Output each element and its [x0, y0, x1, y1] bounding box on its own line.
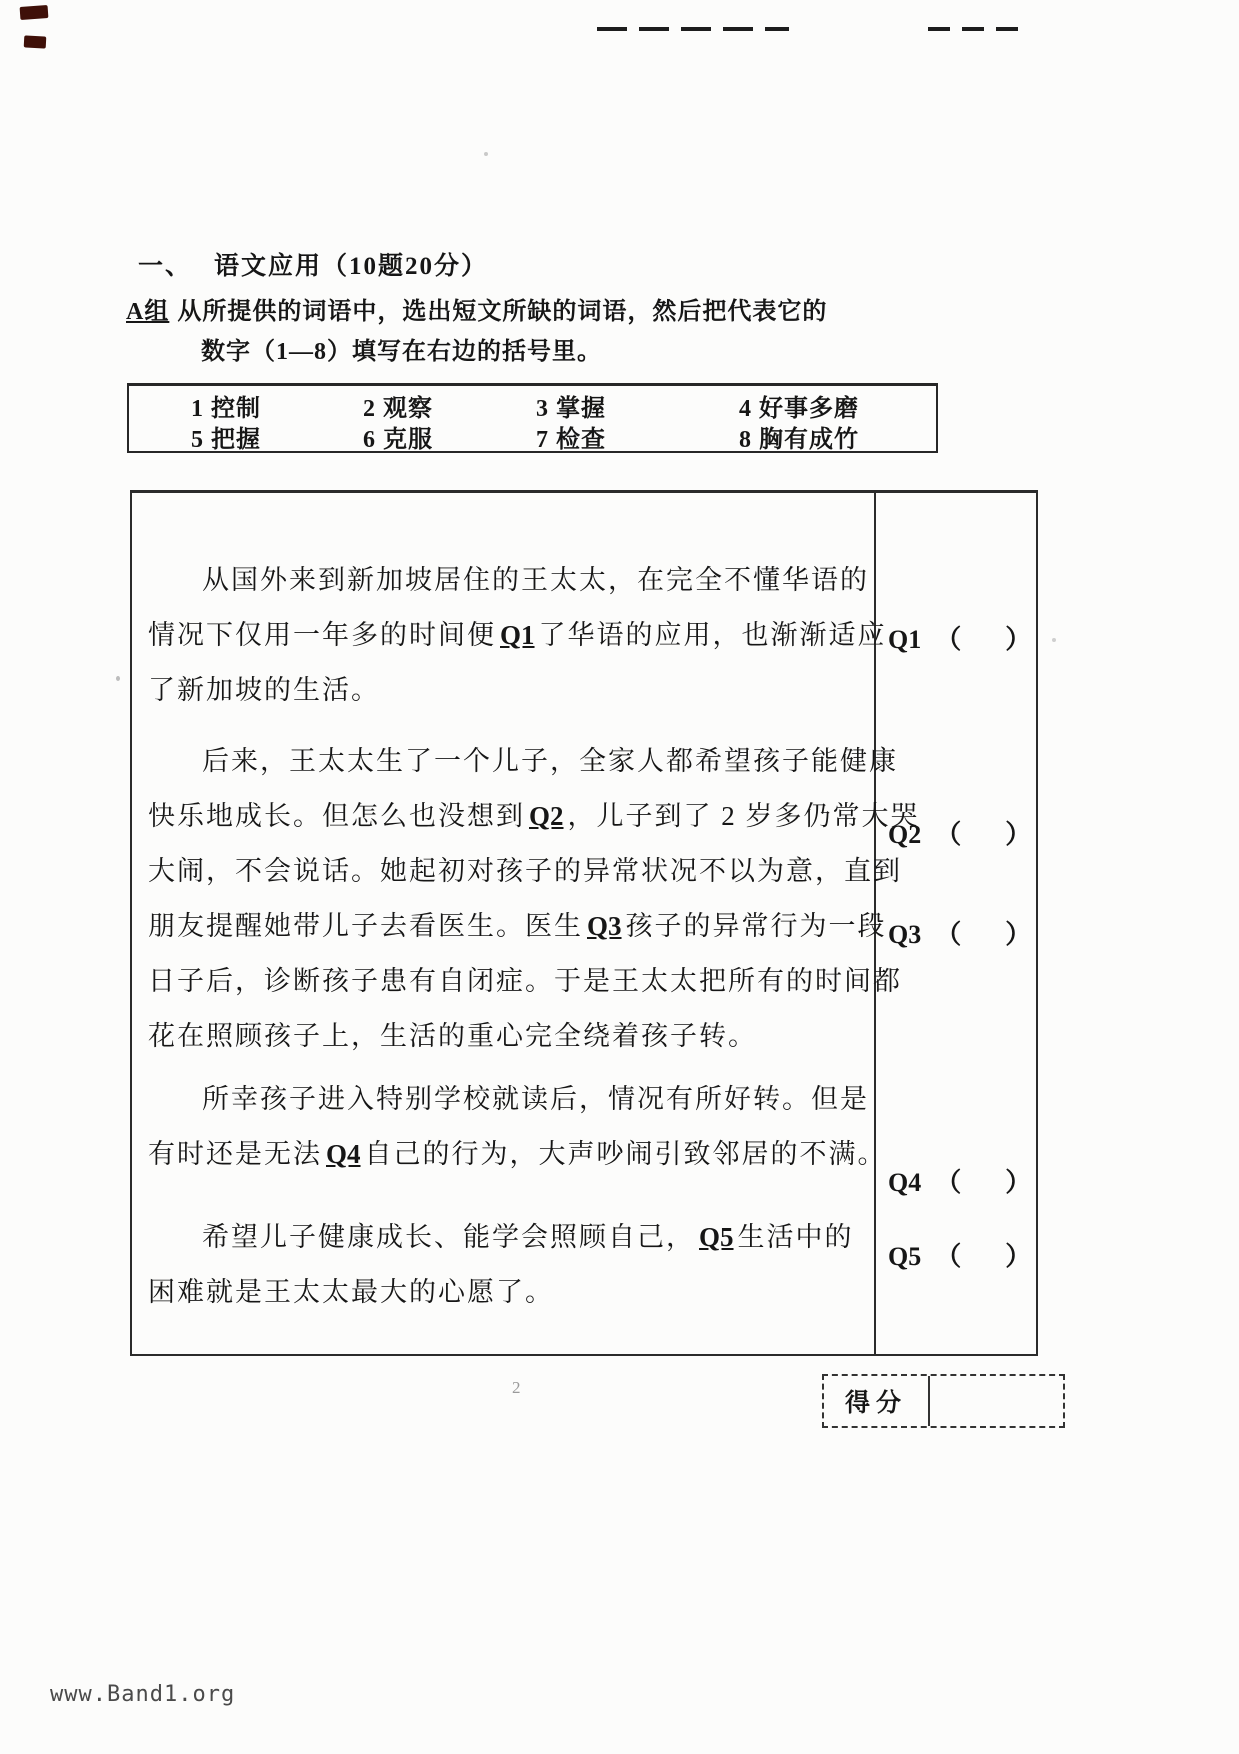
scan-artifact-dashed-line: [597, 27, 789, 31]
passage-line: 所幸孩子进入特别学校就读后，情况有所好转。但是: [148, 1072, 864, 1127]
answer-label: Q4: [888, 1168, 921, 1197]
answer-paren-open: （: [935, 1242, 961, 1271]
watermark: www.Band1.org: [50, 1682, 235, 1707]
passage-line: 朋友提醒她带儿子去看医生。医生Q3孩子的异常行为一段: [148, 899, 864, 954]
word-bank-row: 1 控制2 观察3 掌握4 好事多磨: [129, 390, 936, 421]
answer-paren-open: （: [935, 1168, 961, 1197]
passage-box: 从国外来到新加坡居住的王太太，在完全不懂华语的情况下仅用一年多的时间便Q1了华语…: [130, 490, 1038, 1356]
scan-artifact-corner-mark: [24, 35, 47, 48]
answer-paren-close: ）: [1005, 1242, 1031, 1271]
passage-line: 从国外来到新加坡居住的王太太，在完全不懂华语的: [148, 553, 864, 608]
word-bank-item: 2 观察: [363, 388, 536, 423]
answer-label: Q3: [888, 920, 921, 949]
answer-slot-q1: Q1（）: [888, 619, 1031, 656]
scan-artifact-speck: [116, 676, 120, 681]
answer-paren-close: ）: [1005, 820, 1031, 849]
passage-text-segment: 快乐地成长。但怎么也没想到: [148, 801, 525, 831]
word-bank-item: 1 控制: [191, 388, 363, 423]
word-bank-box: 1 控制2 观察3 掌握4 好事多磨5 把握6 克服7 检查8 胸有成竹: [127, 383, 938, 453]
passage-text-segment: 所幸孩子进入特别学校就读后，情况有所好转。但是: [202, 1084, 869, 1114]
passage-text-segment: 情况下仅用一年多的时间便: [148, 620, 496, 650]
passage-text-segment: 困难就是王太太最大的心愿了。: [148, 1277, 554, 1307]
score-value-cell: [930, 1376, 1063, 1426]
answer-column: Q1（）Q2（）Q3（）Q4（）Q5（）: [874, 493, 1036, 1354]
answer-slot-q5: Q5（）: [888, 1236, 1031, 1273]
passage-paragraph: 后来，王太太生了一个儿子，全家人都希望孩子能健康快乐地成长。但怎么也没想到Q2，…: [148, 734, 864, 1064]
passage-line: 快乐地成长。但怎么也没想到Q2，儿子到了 2 岁多仍常大哭: [148, 789, 864, 844]
passage-text-segment: 了新加坡的生活。: [148, 675, 380, 705]
answer-paren-open: （: [935, 820, 961, 849]
passage-text-segment: ，儿子到了 2 岁多仍常大哭: [568, 801, 920, 831]
word-bank-item: 7 检查: [536, 419, 739, 454]
answer-paren-close: ）: [1005, 1168, 1031, 1197]
instructions-text: 从所提供的词语中，选出短文所缺的词语，然后把代表它的: [177, 299, 827, 325]
passage-line: 了新加坡的生活。: [148, 663, 864, 718]
passage-line: 日子后，诊断孩子患有自闭症。于是王太太把所有的时间都: [148, 954, 864, 1009]
passage-text-segment: 希望儿子健康成长、能学会照顾自己，: [202, 1222, 695, 1252]
score-box: 得分: [822, 1374, 1065, 1428]
passage-line: 花在照顾孩子上，生活的重心完全绕着孩子转。: [148, 1009, 864, 1064]
passage-line: 情况下仅用一年多的时间便Q1了华语的应用，也渐渐适应: [148, 608, 864, 663]
passage-text-segment: 朋友提醒她带儿子去看医生。医生: [148, 911, 583, 941]
question-blank-q5: Q5: [695, 1222, 738, 1252]
scan-artifact-corner-mark: [20, 5, 49, 20]
word-bank-item: 8 胸有成竹: [739, 419, 859, 454]
answer-slot-q3: Q3（）: [888, 914, 1031, 951]
answer-paren-close: ）: [1005, 625, 1031, 654]
page-number: 2: [512, 1378, 521, 1398]
passage-paragraph: 希望儿子健康成长、能学会照顾自己，Q5生活中的困难就是王太太最大的心愿了。: [148, 1210, 864, 1320]
word-bank-item: 5 把握: [191, 419, 363, 454]
passage-text-segment: 后来，王太太生了一个儿子，全家人都希望孩子能健康: [202, 746, 898, 776]
answer-label: Q2: [888, 820, 921, 849]
passage-text-segment: 孩子的异常行为一段: [626, 911, 887, 941]
question-blank-q1: Q1: [496, 620, 539, 650]
passage-line: 有时还是无法Q4自己的行为，大声吵闹引致邻居的不满。: [148, 1127, 864, 1182]
passage-paragraph: 所幸孩子进入特别学校就读后，情况有所好转。但是有时还是无法Q4自己的行为，大声吵…: [148, 1072, 864, 1182]
passage-text-segment: 生活中的: [738, 1222, 854, 1252]
scan-artifact-speck: [484, 152, 488, 156]
passage-paragraph: 从国外来到新加坡居住的王太太，在完全不懂华语的情况下仅用一年多的时间便Q1了华语…: [148, 553, 864, 718]
passage-line: 大闹，不会说话。她起初对孩子的异常状况不以为意，直到: [148, 844, 864, 899]
scan-artifact-dashed-line: [928, 27, 1018, 31]
scanned-exam-page: 一、语文应用（10题20分） A组从所提供的词语中，选出短文所缺的词语，然后把代…: [0, 0, 1239, 1754]
word-bank-item: 3 掌握: [536, 388, 739, 423]
answer-slot-q2: Q2（）: [888, 814, 1031, 851]
question-blank-q3: Q3: [583, 911, 626, 941]
word-bank-rows: 1 控制2 观察3 掌握4 好事多磨5 把握6 克服7 检查8 胸有成竹: [129, 390, 936, 452]
question-blank-q4: Q4: [322, 1139, 365, 1169]
passage-text-segment: 有时还是无法: [148, 1139, 322, 1169]
passage-text-segment: 从国外来到新加坡居住的王太太，在完全不懂华语的: [202, 565, 869, 595]
section-heading: 一、语文应用（10题20分）: [138, 246, 488, 282]
instructions-line-1: A组从所提供的词语中，选出短文所缺的词语，然后把代表它的: [126, 291, 827, 326]
passage-text-segment: 自己的行为，大声吵闹引致邻居的不满。: [365, 1139, 887, 1169]
scan-artifact-speck: [1052, 638, 1056, 642]
passage-text-segment: 日子后，诊断孩子患有自闭症。于是王太太把所有的时间都: [148, 966, 902, 996]
answer-label: Q1: [888, 625, 921, 654]
passage-text-segment: 花在照顾孩子上，生活的重心完全绕着孩子转。: [148, 1021, 757, 1051]
answer-paren-open: （: [935, 920, 961, 949]
passage-text-segment: 了华语的应用，也渐渐适应: [539, 620, 887, 650]
group-label: A组: [126, 299, 169, 325]
instructions-line-2: 数字（1—8）填写在右边的括号里。: [201, 331, 602, 366]
passage-text-segment: 大闹，不会说话。她起初对孩子的异常状况不以为意，直到: [148, 856, 902, 886]
score-label: 得分: [824, 1376, 930, 1426]
answer-label: Q5: [888, 1242, 921, 1271]
section-number: 一、: [138, 253, 192, 280]
word-bank-row: 5 把握6 克服7 检查8 胸有成竹: [129, 421, 936, 452]
passage-text: 从国外来到新加坡居住的王太太，在完全不懂华语的情况下仅用一年多的时间便Q1了华语…: [148, 493, 864, 1320]
passage-line: 困难就是王太太最大的心愿了。: [148, 1265, 864, 1320]
section-title: 语文应用（10题20分）: [214, 253, 488, 280]
question-blank-q2: Q2: [525, 801, 568, 831]
answer-paren-close: ）: [1005, 920, 1031, 949]
answer-slot-q4: Q4（）: [888, 1162, 1031, 1199]
word-bank-item: 4 好事多磨: [739, 388, 859, 423]
passage-line: 后来，王太太生了一个儿子，全家人都希望孩子能健康: [148, 734, 864, 789]
passage-line: 希望儿子健康成长、能学会照顾自己，Q5生活中的: [148, 1210, 864, 1265]
answer-paren-open: （: [935, 625, 961, 654]
word-bank-item: 6 克服: [363, 419, 536, 454]
